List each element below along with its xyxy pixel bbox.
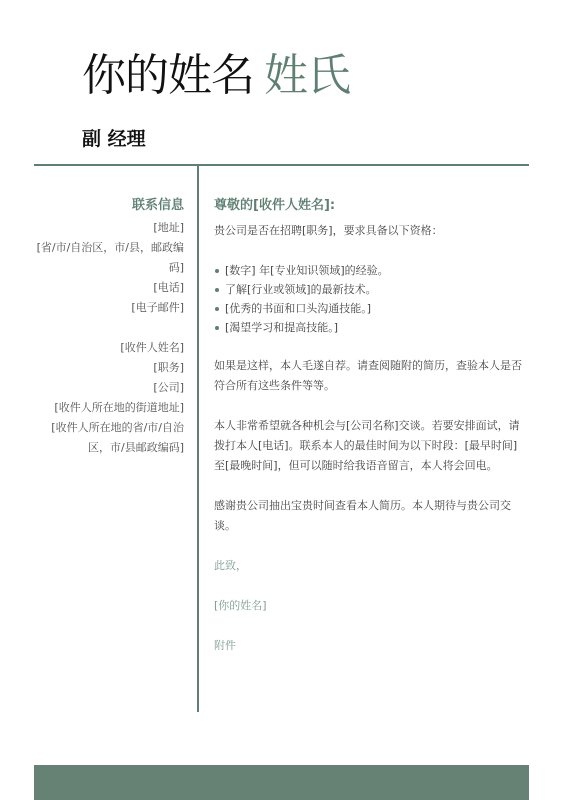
recipient-street[interactable]: [收件人所在地的街道地址] — [34, 398, 184, 418]
sender-address[interactable]: [地址] — [34, 218, 184, 238]
body-paragraph-3[interactable]: 感谢贵公司抽出宝贵时间查看本人简历。本人期待与贵公司交谈。 — [214, 496, 526, 536]
contact-info-column: 联系信息 [地址] [省/市/自治区，市/县，邮政编 码] [电话] [电子邮件… — [34, 196, 184, 458]
signature-name[interactable]: [你的姓名] — [214, 596, 526, 616]
last-name[interactable]: 姓氏 — [264, 50, 350, 101]
recipient-name[interactable]: [收件人姓名] — [34, 338, 184, 358]
sender-city-line-1[interactable]: [省/市/自治区，市/县，邮政编 — [34, 238, 184, 258]
bullet-icon — [215, 288, 219, 292]
body-paragraph-1[interactable]: 如果是这样，本人毛遂自荐。请查阅随附的简历，查验本人是否符合所有这些条件等等。 — [214, 356, 526, 396]
body-paragraph-2[interactable]: 本人非常希望就各种机会与[公司名称]交谈。若要安排面试，请拨打本人[电话]。联系… — [214, 416, 526, 476]
bullet-icon — [215, 307, 219, 311]
enclosure[interactable]: 附件 — [214, 636, 526, 656]
recipient-city-line-1[interactable]: [收件人所在地的省/市/自治 — [34, 418, 184, 438]
qualifications-list: [数字] 年[专业知识领域]的经验。 了解[行业或领域]的最新技术。 [优秀的书… — [214, 261, 526, 337]
footer-bar — [34, 765, 529, 800]
salutation[interactable]: 尊敬的[收件人姓名]: — [214, 196, 526, 216]
qualification-item[interactable]: [优秀的书面和口头沟通技能。] — [214, 299, 526, 318]
intro-paragraph[interactable]: 贵公司是否在招聘[职务]，要求具备以下资格： — [214, 221, 526, 241]
contact-heading: 联系信息 — [34, 196, 184, 216]
qualification-item[interactable]: [数字] 年[专业知识领域]的经验。 — [214, 261, 526, 280]
bullet-icon — [215, 326, 219, 330]
qualification-text: 了解[行业或领域]的最新技术。 — [225, 283, 377, 296]
name-title: 你的姓名姓氏 — [82, 46, 350, 106]
qualification-item[interactable]: 了解[行业或领域]的最新技术。 — [214, 280, 526, 299]
sender-phone[interactable]: [电话] — [34, 278, 184, 298]
header-divider — [34, 164, 529, 166]
qualification-text: [优秀的书面和口头沟通技能。] — [225, 302, 371, 315]
qualification-item[interactable]: [渴望学习和提高技能。] — [214, 318, 526, 337]
sender-email[interactable]: [电子邮件] — [34, 298, 184, 318]
recipient-city-line-2[interactable]: 区，市/县邮政编码] — [34, 438, 184, 458]
qualification-text: [数字] 年[专业知识领域]的经验。 — [225, 264, 389, 277]
spacer — [34, 318, 184, 338]
column-divider — [197, 165, 199, 712]
job-title[interactable]: 副 经理 — [82, 126, 146, 152]
recipient-title[interactable]: [职务] — [34, 358, 184, 378]
recipient-company[interactable]: [公司] — [34, 378, 184, 398]
bullet-icon — [215, 269, 219, 273]
letter-body: 尊敬的[收件人姓名]: 贵公司是否在招聘[职务]，要求具备以下资格： [数字] … — [214, 196, 526, 676]
qualification-text: [渴望学习和提高技能。] — [225, 321, 338, 334]
first-name[interactable]: 你的姓名 — [82, 50, 254, 101]
closing[interactable]: 此致， — [214, 556, 526, 576]
sender-city-line-2[interactable]: 码] — [34, 258, 184, 278]
